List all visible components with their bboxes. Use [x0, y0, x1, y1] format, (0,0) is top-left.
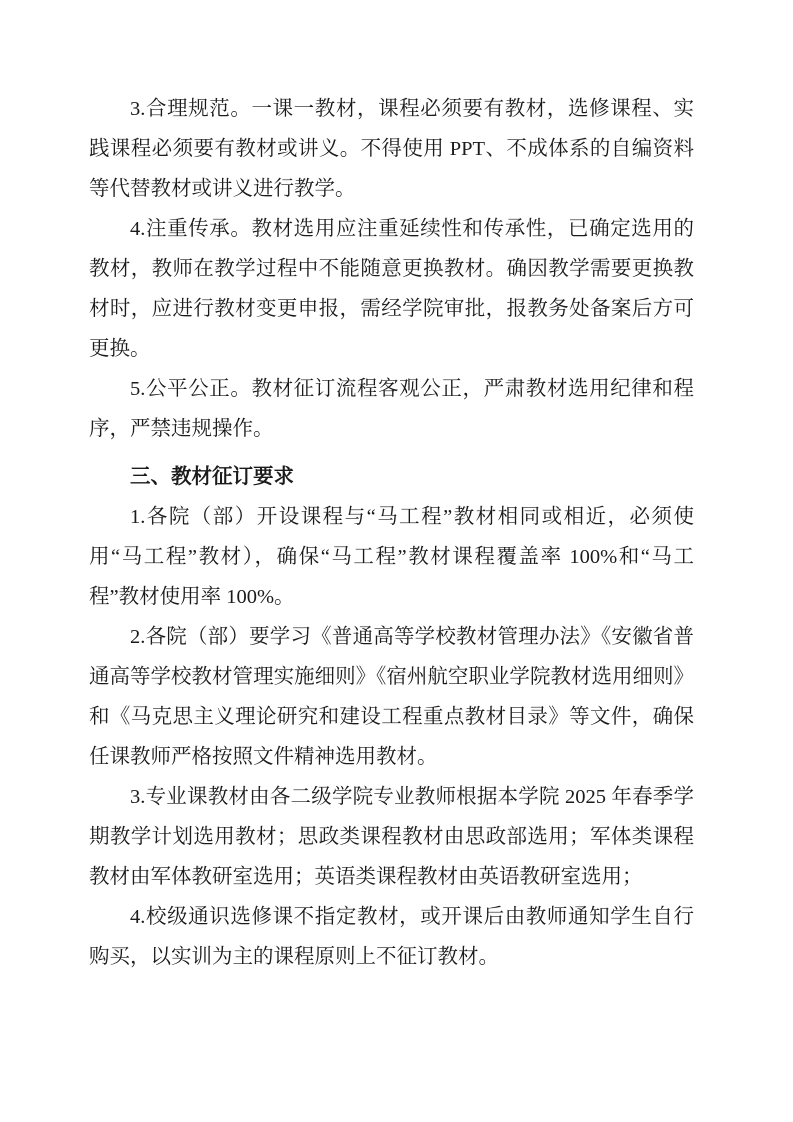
document-page: 3.合理规范。一课一教材，课程必须要有教材，选修课程、实践课程必须要有教材或讲义…: [0, 0, 793, 1122]
paragraph: 3.合理规范。一课一教材，课程必须要有教材，选修课程、实践课程必须要有教材或讲义…: [89, 89, 694, 209]
section-heading: 三、教材征订要求: [89, 457, 694, 497]
paragraph: 4.校级通识选修课不指定教材，或开课后由教师通知学生自行购买，以实训为主的课程原…: [89, 897, 694, 977]
paragraph: 5.公平公正。教材征订流程客观公正，严肃教材选用纪律和程序，严禁违规操作。: [89, 369, 694, 449]
paragraph: 2.各院（部）要学习《普通高等学校教材管理办法》《安徽省普通高等学校教材管理实施…: [89, 617, 694, 777]
paragraph: 3.专业课教材由各二级学院专业教师根据本学院 2025 年春季学期教学计划选用教…: [89, 777, 694, 897]
paragraph: 1.各院（部）开设课程与“马工程”教材相同或相近，必须使用“马工程”教材），确保…: [89, 497, 694, 617]
paragraph: 4.注重传承。教材选用应注重延续性和传承性，已确定选用的教材，教师在教学过程中不…: [89, 209, 694, 369]
